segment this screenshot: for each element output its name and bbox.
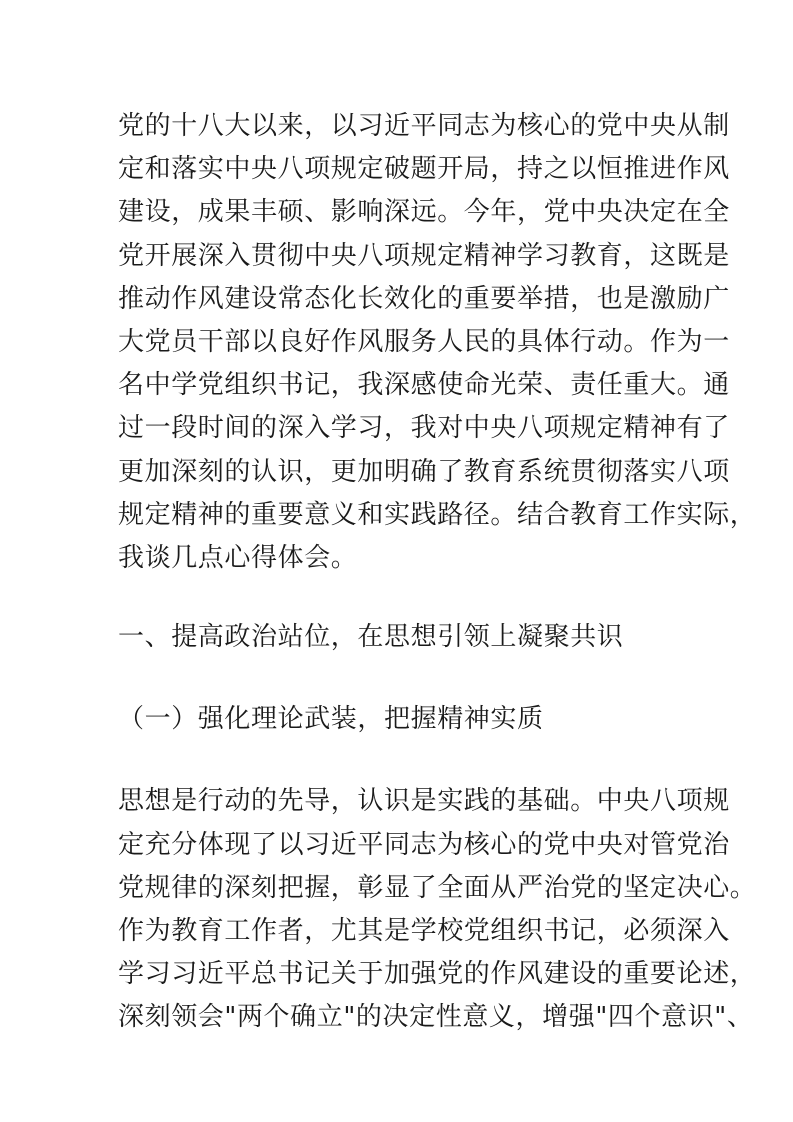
text-line: 党开展深入贯彻中央八项规定精神学习教育，这既是 — [118, 235, 678, 278]
text-line: 深刻领会"两个确立"的决定性意义，增强"四个意识"、 — [118, 996, 678, 1039]
text-line: 大党员干部以良好作风服务人民的具体行动。作为一 — [118, 321, 678, 364]
text-line: 推动作风建设常态化长效化的重要举措，也是激励广 — [118, 278, 678, 321]
text-line: 定和落实中央八项规定破题开局，持之以恒推进作风 — [118, 148, 678, 191]
text-line: 过一段时间的深入学习，我对中央八项规定精神有了 — [118, 407, 678, 450]
text-line: 作为教育工作者，尤其是学校党组织书记，必须深入 — [118, 910, 678, 953]
subsection-heading: （一）强化理论武装，把握精神实质 — [118, 698, 678, 741]
text-line: 名中学党组织书记，我深感使命光荣、责任重大。通 — [118, 364, 678, 407]
body-paragraph: 思想是行动的先导，认识是实践的基础。中央八项规 定充分体现了以习近平同志为核心的… — [118, 780, 678, 1039]
text-line: 学习习近平总书记关于加强党的作风建设的重要论述， — [118, 953, 678, 996]
text-line: 思想是行动的先导，认识是实践的基础。中央八项规 — [118, 780, 678, 823]
paragraph-spacer — [118, 741, 678, 780]
paragraph-spacer — [118, 659, 678, 698]
text-line: 定充分体现了以习近平同志为核心的党中央对管党治 — [118, 824, 678, 867]
paragraph-spacer — [118, 580, 678, 616]
document-page: 党的十八大以来，以习近平同志为核心的党中央从制 定和落实中央八项规定破题开局，持… — [118, 105, 678, 1040]
intro-paragraph: 党的十八大以来，以习近平同志为核心的党中央从制 定和落实中央八项规定破题开局，持… — [118, 105, 678, 580]
section-heading: 一、提高政治站位，在思想引领上凝聚共识 — [118, 616, 678, 659]
text-line: 建设，成果丰硕、影响深远。今年，党中央决定在全 — [118, 191, 678, 234]
text-line: 更加深刻的认识，更加明确了教育系统贯彻落实八项 — [118, 451, 678, 494]
text-line: 规定精神的重要意义和实践路径。结合教育工作实际， — [118, 494, 678, 537]
text-line: 党的十八大以来，以习近平同志为核心的党中央从制 — [118, 105, 678, 148]
text-line: 党规律的深刻把握，彰显了全面从严治党的坚定决心。 — [118, 867, 678, 910]
text-line: 我谈几点心得体会。 — [118, 537, 678, 580]
